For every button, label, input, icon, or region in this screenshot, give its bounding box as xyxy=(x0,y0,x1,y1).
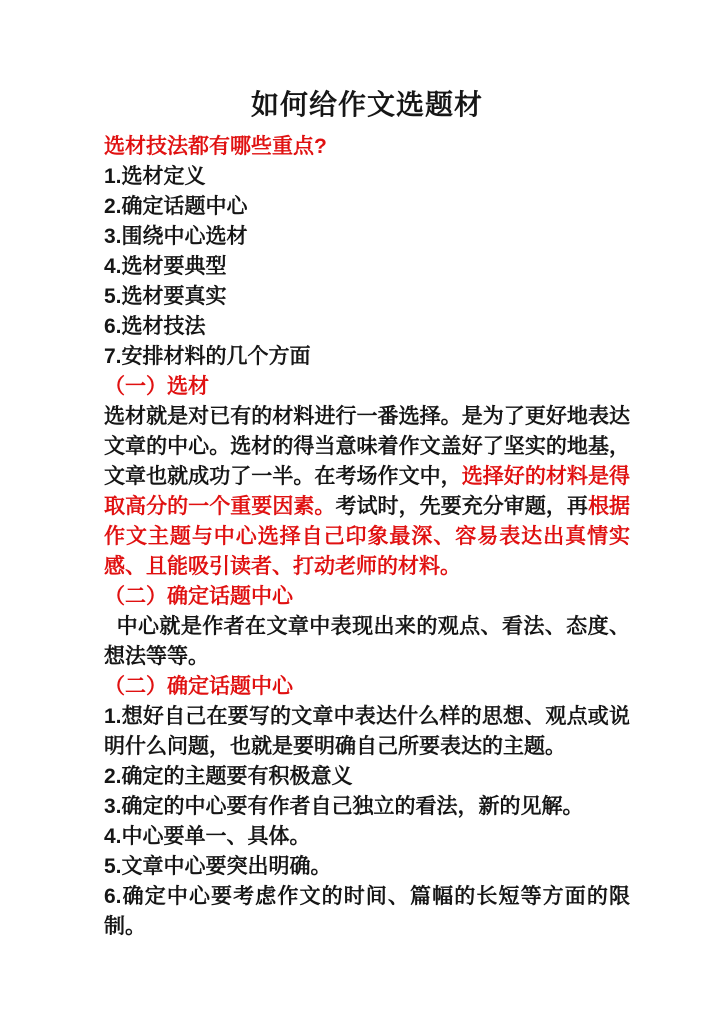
text-segment: 2.确定话题中心 xyxy=(104,195,248,218)
text-segment: 5.文章中心要突出明确。 xyxy=(104,855,332,878)
document-body: 选材技法都有哪些重点?1.选材定义2.确定话题中心3.围绕中心选材4.选材要典型… xyxy=(104,132,630,942)
document-title: 如何给作文选题材 xyxy=(104,86,630,124)
text-line: 5.文章中心要突出明确。 xyxy=(104,852,630,882)
text-segment: 1.想好自己在要写的文章中表达什么样的思想、观点或说明什么问题，也就是要明确自己… xyxy=(104,705,630,758)
text-segment: （二）确定话题中心 xyxy=(104,585,293,608)
text-line: 5.选材要真实 xyxy=(104,282,630,312)
text-segment: 3.围绕中心选材 xyxy=(104,225,248,248)
text-segment: （二）确定话题中心 xyxy=(104,675,293,698)
text-line: 1.选材定义 xyxy=(104,162,630,192)
text-segment: 选材技法都有哪些重点? xyxy=(104,135,327,158)
text-line: 3.确定的中心要有作者自己独立的看法，新的见解。 xyxy=(104,792,630,822)
text-segment: 2.确定的主题要有积极意义 xyxy=(104,765,353,788)
text-line: 4.选材要典型 xyxy=(104,252,630,282)
section-heading: （二）确定话题中心 xyxy=(104,582,630,612)
text-segment: 6.选材技法 xyxy=(104,315,206,338)
text-line: 3.围绕中心选材 xyxy=(104,222,630,252)
paragraph: 中心就是作者在文章中表现出来的观点、看法、态度、想法等等。 xyxy=(104,612,630,672)
text-segment: 4.选材要典型 xyxy=(104,255,227,278)
section-heading: 选材技法都有哪些重点? xyxy=(104,132,630,162)
text-line: 7.安排材料的几个方面 xyxy=(104,342,630,372)
text-line: 2.确定话题中心 xyxy=(104,192,630,222)
paragraph: 选材就是对已有的材料进行一番选择。是为了更好地表达文章的中心。选材的得当意味着作… xyxy=(104,402,630,582)
section-heading: （一）选材 xyxy=(104,372,630,402)
text-segment: 7.安排材料的几个方面 xyxy=(104,345,311,368)
text-line: 4.中心要单一、具体。 xyxy=(104,822,630,852)
text-segment: 中心就是作者在文章中表现出来的观点、看法、态度、想法等等。 xyxy=(104,615,630,668)
text-segment: 1.选材定义 xyxy=(104,165,206,188)
document-page: 如何给作文选题材 选材技法都有哪些重点?1.选材定义2.确定话题中心3.围绕中心… xyxy=(0,0,724,1024)
text-line: 6.确定中心要考虑作文的时间、篇幅的长短等方面的限制。 xyxy=(104,882,630,942)
text-segment: 4.中心要单一、具体。 xyxy=(104,825,311,848)
section-heading: （二）确定话题中心 xyxy=(104,672,630,702)
text-segment: （一）选材 xyxy=(104,375,209,398)
text-segment: 3.确定的中心要有作者自己独立的看法，新的见解。 xyxy=(104,795,584,818)
text-line: 6.选材技法 xyxy=(104,312,630,342)
text-line: 2.确定的主题要有积极意义 xyxy=(104,762,630,792)
text-line: 1.想好自己在要写的文章中表达什么样的思想、观点或说明什么问题，也就是要明确自己… xyxy=(104,702,630,762)
text-segment: 5.选材要真实 xyxy=(104,285,227,308)
text-segment: 考试时，先要充分审题，再 xyxy=(335,495,588,518)
text-segment: 6.确定中心要考虑作文的时间、篇幅的长短等方面的限制。 xyxy=(104,885,630,938)
